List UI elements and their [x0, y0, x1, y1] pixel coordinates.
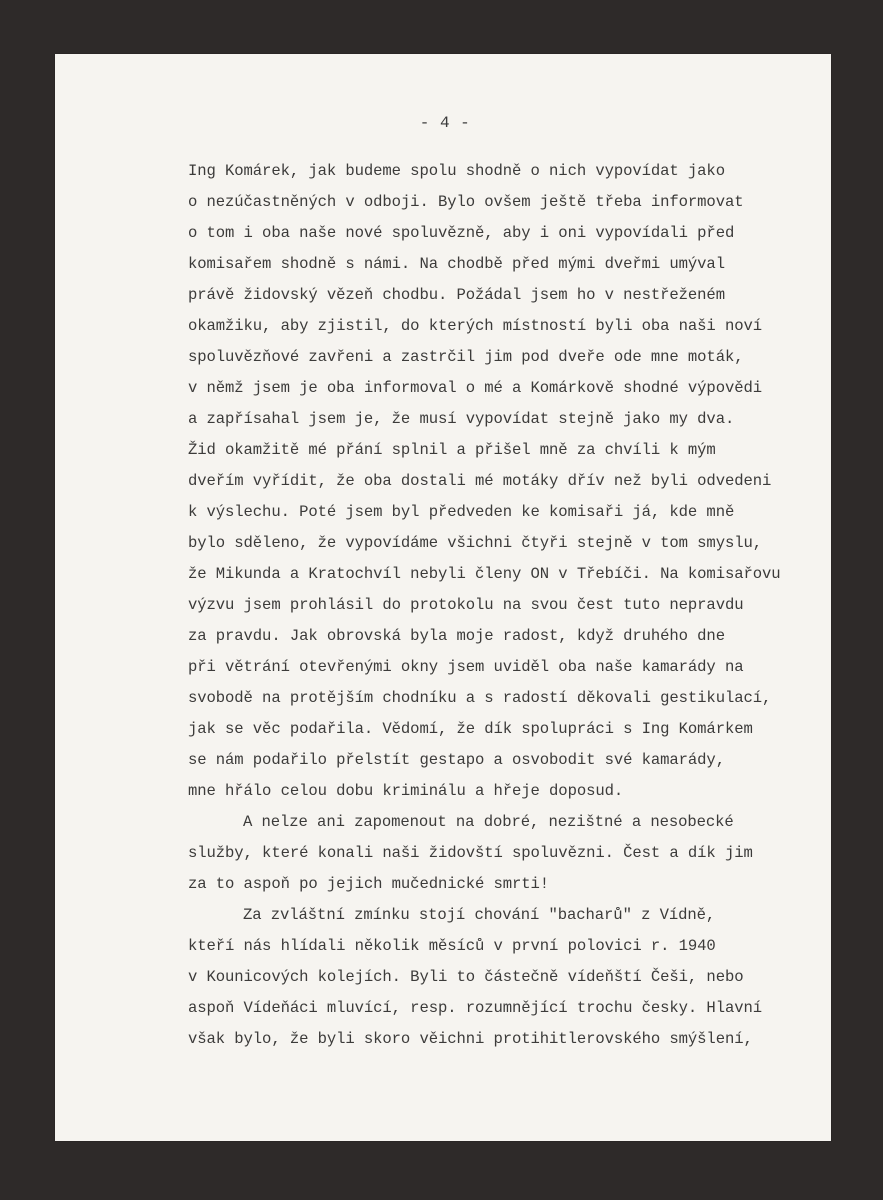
text-line: spoluvězňové zavřeni a zastrčil jim pod …	[188, 342, 788, 373]
text-line: však bylo, že byli skoro věichni protihi…	[188, 1024, 788, 1055]
text-line: za pravdu. Jak obrovská byla moje radost…	[188, 621, 788, 652]
paragraph-first-line: Za zvláštní zmínku stojí chování "bachar…	[188, 900, 788, 931]
page-number: - 4 -	[55, 114, 833, 132]
text-line: Ing Komárek, jak budeme spolu shodně o n…	[188, 156, 788, 187]
text-line: dveřím vyřídit, že oba dostali mé motáky…	[188, 466, 788, 497]
text-line: a zapřísahal jsem je, že musí vypovídat …	[188, 404, 788, 435]
text-line: o nezúčastněných v odboji. Bylo ovšem je…	[188, 187, 788, 218]
text-line: svobodě na protějším chodníku a s radost…	[188, 683, 788, 714]
text-line: že Mikunda a Kratochvíl nebyli členy ON …	[188, 559, 788, 590]
text-line: výzvu jsem prohlásil do protokolu na svo…	[188, 590, 788, 621]
document-body: Ing Komárek, jak budeme spolu shodně o n…	[188, 156, 788, 1055]
text-line: komisařem shodně s námi. Na chodbě před …	[188, 249, 788, 280]
text-line: služby, které konali naši židovští spolu…	[188, 838, 788, 869]
text-line: bylo sděleno, že vypovídáme všichni čtyř…	[188, 528, 788, 559]
text-line: jak se věc podařila. Vědomí, že dík spol…	[188, 714, 788, 745]
text-line: při větrání otevřenými okny jsem uviděl …	[188, 652, 788, 683]
document-page: - 4 - Ing Komárek, jak budeme spolu shod…	[55, 54, 831, 1141]
text-line: se nám podařilo přelstít gestapo a osvob…	[188, 745, 788, 776]
text-line: v Kounicových kolejích. Byli to částečně…	[188, 962, 788, 993]
text-line: v němž jsem je oba informoval o mé a Kom…	[188, 373, 788, 404]
text-line: okamžiku, aby zjistil, do kterých místno…	[188, 311, 788, 342]
text-line: aspoň Vídeňáci mluvící, resp. rozumnějíc…	[188, 993, 788, 1024]
text-line: právě židovský vězeň chodbu. Požádal jse…	[188, 280, 788, 311]
text-line: za to aspoň po jejich mučednické smrti!	[188, 869, 788, 900]
text-line: Žid okamžitě mé přání splnil a přišel mn…	[188, 435, 788, 466]
text-line: kteří nás hlídali několik měsíců v první…	[188, 931, 788, 962]
text-line: o tom i oba naše nové spoluvězně, aby i …	[188, 218, 788, 249]
paragraph-first-line: A nelze ani zapomenout na dobré, nezištn…	[188, 807, 788, 838]
text-line: k výslechu. Poté jsem byl předveden ke k…	[188, 497, 788, 528]
text-line: mne hřálo celou dobu kriminálu a hřeje d…	[188, 776, 788, 807]
